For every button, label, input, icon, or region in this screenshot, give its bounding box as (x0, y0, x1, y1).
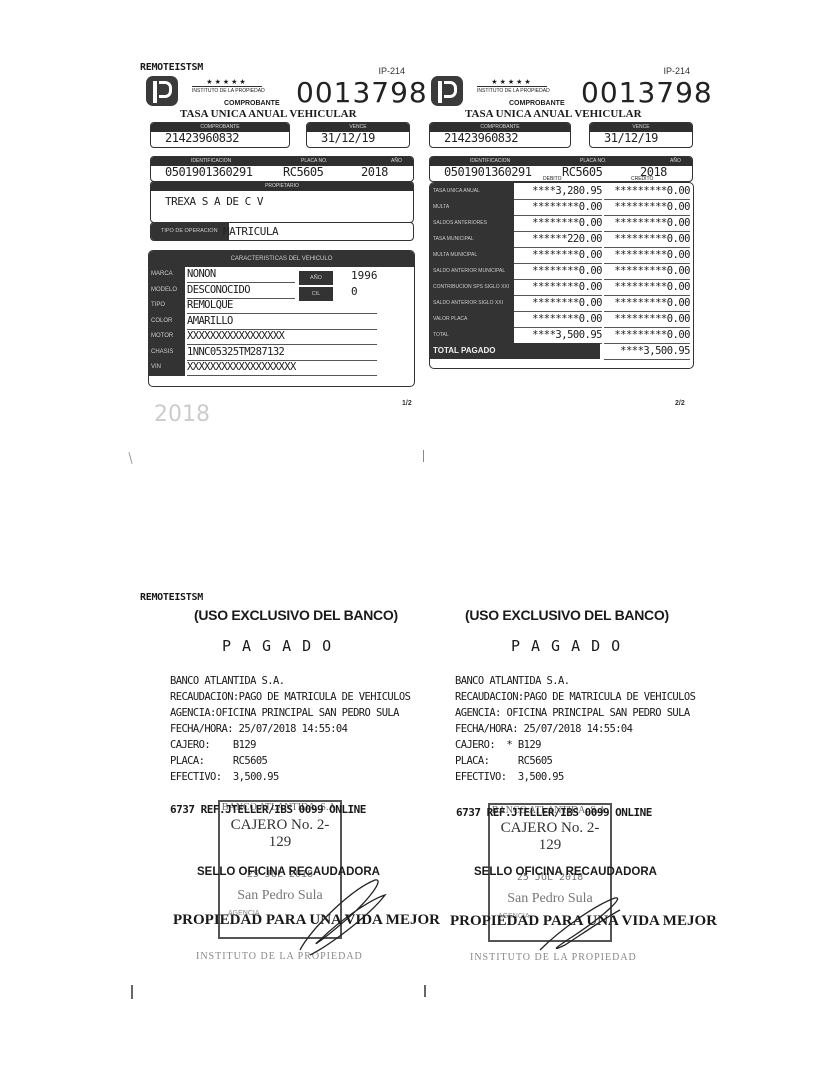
tipo-operacion-box: TIPO DE OPERACION MATRICULA (150, 222, 414, 241)
bank-reference: 6737 REF.JTELLER/IBS 0099 ONLINE (456, 806, 652, 819)
bank-copy-2: (USO EXCLUSIVO DEL BANCO) PAGADO BANCO A… (455, 595, 755, 785)
institution-block: ★★★★★ INSTITUTO DE LA PROPIEDAD (192, 78, 262, 94)
cil-cell-label: CIL (299, 287, 333, 301)
characteristic-value: REMOLQUE (187, 298, 377, 314)
placa-value: RC5605 (269, 166, 323, 179)
characteristic-row: COLORAMARILLO (149, 314, 414, 330)
characteristic-label: TIPO (149, 298, 185, 314)
ano-cell-value: 1996 (351, 269, 378, 282)
bank-reference: 6737 REF.JTELLER/IBS 0099 ONLINE (170, 803, 366, 816)
charge-row: TOTAL****3,500.95*********0.00 (430, 327, 693, 343)
receipt-number: 0013798 (296, 76, 428, 109)
comprobante-box: COMPROBANTE 21423960832 (429, 122, 571, 148)
charge-row: VALOR PLACA********0.00*********0.00 (430, 311, 693, 327)
charge-credito: *********0.00 (604, 279, 690, 296)
charge-debito: ********0.00 (514, 247, 602, 264)
sello-oficina-recaudadora: SELLO OFICINA RECAUDADORA (474, 866, 657, 878)
total-pagado-row: TOTAL PAGADO ****3,500.95 (430, 343, 693, 359)
charge-debito: ********0.00 (514, 279, 602, 296)
document-title: TASA UNICA ANUAL VEHICULAR (180, 108, 357, 120)
cil-cell-value: 0 (351, 285, 358, 298)
signature-icon (535, 890, 625, 960)
charges-table: TASA UNICA ANUAL****3,280.95*********0.0… (429, 182, 694, 369)
vence-box-value: 31/12/19 (307, 132, 409, 145)
stamp-cajero: CAJERO No. 2-129 (220, 817, 340, 851)
ano-cell-label: AÑO (299, 271, 333, 285)
institution-block: ★★★★★ INSTITUTO DE LA PROPIEDAD (477, 78, 547, 94)
identificacion-value: 0501901360291 (430, 166, 531, 179)
characteristic-label: VIN (149, 360, 185, 376)
charge-label: SALDO ANTERIOR SIGLO XXI (430, 295, 514, 311)
ano-value: 2018 (347, 166, 388, 179)
comprobante-label: COMPROBANTE (224, 100, 280, 107)
vehicle-characteristics-title: CARACTERISTICAS DEL VEHICULO (149, 251, 414, 267)
propietario-label: PROPIETARIO (151, 182, 413, 191)
instituto-propiedad-logo-icon (146, 76, 178, 106)
signature-icon (290, 870, 390, 960)
charge-row: MULTA MUNICIPAL********0.00*********0.00 (430, 247, 693, 263)
charge-label: VALOR PLACA (430, 311, 514, 327)
propietario-value: TREXA S A DE C V (151, 191, 413, 208)
charge-debito: ******220.00 (514, 231, 602, 248)
charge-row: MULTA********0.00*********0.00 (430, 199, 693, 215)
charge-row: TASA UNICA ANUAL****3,280.95*********0.0… (430, 183, 693, 199)
scan-mark (424, 985, 426, 997)
payment-status: PAGADO (511, 637, 755, 655)
charge-label: MULTA MUNICIPAL (430, 247, 514, 263)
characteristic-row: TIPOREMOLQUE (149, 298, 414, 314)
remote-header-label: REMOTEISTSM (140, 62, 203, 73)
charge-debito: ********0.00 (514, 295, 602, 312)
stamp-cajero: CAJERO No. 2-129 (490, 820, 610, 854)
receipt-copy-2: IP-214 ★★★★★ INSTITUTO DE LA PROPIEDAD 0… (425, 62, 700, 412)
characteristic-value: AMARILLO (187, 314, 377, 330)
vehicle-characteristics-table: CARACTERISTICAS DEL VEHICULO MARCANONONM… (148, 250, 415, 387)
bank-receipt-lines: BANCO ATLANTIDA S.A. RECAUDACION:PAGO DE… (170, 673, 450, 785)
scan-mark (131, 985, 133, 999)
characteristic-value: 1NNC05325TM287132 (187, 345, 377, 361)
scan-mark (423, 450, 424, 462)
charge-row: TASA MUNICIPAL******220.00*********0.00 (430, 231, 693, 247)
characteristic-value: XXXXXXXXXXXXXXXXXXX (187, 360, 377, 376)
characteristic-value: XXXXXXXXXXXXXXXXX (187, 329, 377, 345)
comprobante-box: COMPROBANTE 21423960832 (150, 122, 290, 148)
receipt-number: 0013798 (581, 76, 713, 109)
charge-row: SALDO ANTERIOR MUNICIPAL********0.00****… (430, 263, 693, 279)
charge-label: TOTAL (430, 327, 514, 343)
tipo-operacion-value: MATRICULA (223, 225, 278, 238)
charge-row: SALDO ANTERIOR SIGLO XXI********0.00****… (430, 295, 693, 311)
vehicle-characteristics-rows: MARCANONONMODELODESCONOCIDOTIPOREMOLQUEC… (149, 267, 414, 376)
characteristic-label: COLOR (149, 314, 185, 330)
bank-exclusive-heading: (USO EXCLUSIVO DEL BANCO) (465, 607, 755, 623)
charge-debito: ********0.00 (514, 215, 602, 232)
identification-box: IDENTIFICACION PLACA No. AÑO 05019013602… (150, 156, 414, 182)
charge-label: TASA MUNICIPAL (430, 231, 514, 247)
page-number: 2/2 (675, 400, 685, 407)
identificacion-value: 0501901360291 (151, 166, 252, 179)
receipt-copy-1: REMOTEISTSM IP-214 ★★★★★ INSTITUTO DE LA… (140, 62, 415, 412)
vence-box: VENCE 31/12/19 (589, 122, 693, 148)
comprobante-box-value: 21423960832 (430, 132, 570, 145)
characteristic-row: CHASIS1NNC05325TM287132 (149, 345, 414, 361)
charge-credito: *********0.00 (604, 247, 690, 264)
charge-row: CONTRIBUCION SPS SIGLO XXI********0.00**… (430, 279, 693, 295)
characteristic-row: MODELODESCONOCIDO (149, 283, 414, 299)
institution-name: INSTITUTO DE LA PROPIEDAD (477, 86, 547, 94)
characteristic-row: MOTORXXXXXXXXXXXXXXXXX (149, 329, 414, 345)
vence-box-value: 31/12/19 (590, 132, 692, 145)
document-title: TASA UNICA ANUAL VEHICULAR (465, 108, 642, 120)
charge-row: SALDOS ANTERIORES********0.00*********0.… (430, 215, 693, 231)
ano-label: AÑO (670, 157, 681, 166)
charge-credito: *********0.00 (604, 215, 690, 232)
charge-credito: *********0.00 (604, 183, 690, 200)
charge-credito: *********0.00 (604, 327, 690, 344)
charge-credito: *********0.00 (604, 263, 690, 280)
vence-box: VENCE 31/12/19 (306, 122, 410, 148)
charge-label: TASA UNICA ANUAL (430, 183, 514, 199)
stars-icon: ★★★★★ (477, 78, 547, 86)
characteristic-value: DESCONOCIDO (187, 283, 295, 299)
charge-credito: *********0.00 (604, 311, 690, 328)
charge-label: MULTA (430, 199, 514, 215)
comprobante-label: COMPROBANTE (509, 100, 565, 107)
payment-status: PAGADO (222, 637, 450, 655)
charge-label: SALDOS ANTERIORES (430, 215, 514, 231)
charge-credito: *********0.00 (604, 295, 690, 312)
characteristic-label: MOTOR (149, 329, 185, 345)
instituto-propiedad-logo-icon (431, 76, 463, 106)
characteristic-value: NONON (187, 267, 295, 283)
charge-debito: ****3,280.95 (514, 183, 602, 200)
bank-copy-1: (USO EXCLUSIVO DEL BANCO) PAGADO BANCO A… (150, 595, 450, 785)
propietario-box: PROPIETARIO TREXA S A DE C V (150, 181, 414, 223)
charge-debito: ****3,500.95 (514, 327, 602, 344)
charge-credito: *********0.00 (604, 199, 690, 216)
ano-label: AÑO (391, 157, 402, 166)
characteristic-label: CHASIS (149, 345, 185, 361)
tipo-operacion-label: TIPO DE OPERACION (151, 223, 229, 240)
charge-debito: ********0.00 (514, 199, 602, 216)
charge-debito: ********0.00 (514, 311, 602, 328)
total-pagado-label: TOTAL PAGADO (430, 343, 600, 359)
characteristic-row: VINXXXXXXXXXXXXXXXXXXX (149, 360, 414, 376)
characteristic-label: MODELO (149, 283, 185, 299)
charge-debito: ********0.00 (514, 263, 602, 280)
characteristic-label: MARCA (149, 267, 185, 283)
watermark-year: 2018 (154, 402, 210, 427)
total-pagado-value: ****3,500.95 (604, 343, 690, 360)
institution-name: INSTITUTO DE LA PROPIEDAD (192, 86, 262, 94)
bank-receipt-lines: BANCO ATLANTIDA S.A. RECAUDACION:PAGO DE… (455, 673, 755, 785)
comprobante-box-value: 21423960832 (151, 132, 289, 145)
form-code: IP-214 (378, 66, 405, 76)
bank-exclusive-heading: (USO EXCLUSIVO DEL BANCO) (194, 607, 450, 623)
charge-label: CONTRIBUCION SPS SIGLO XXI (430, 279, 514, 295)
page-number: 1/2 (402, 400, 412, 407)
stars-icon: ★★★★★ (192, 78, 262, 86)
charge-label: SALDO ANTERIOR MUNICIPAL (430, 263, 514, 279)
scan-mark (128, 452, 132, 464)
form-code: IP-214 (663, 66, 690, 76)
charge-credito: *********0.00 (604, 231, 690, 248)
